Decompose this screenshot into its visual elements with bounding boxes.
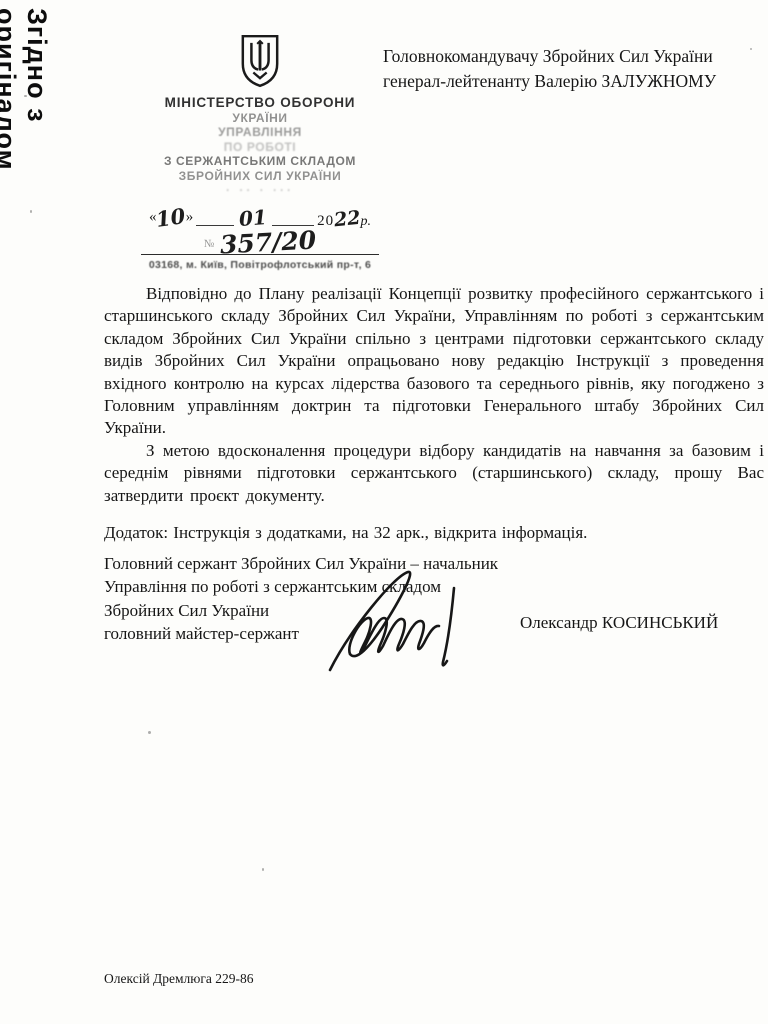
date-underline: [196, 223, 234, 226]
year-printed: 20: [317, 213, 334, 230]
addressee-block: Головнокомандувачу Збройних Сил України …: [383, 44, 755, 93]
org-line: ПО РОБОТІ: [128, 140, 392, 155]
handwritten-day: 10: [155, 203, 187, 232]
handwritten-year: 22: [333, 206, 362, 231]
addressee-line: Головнокомандувачу Збройних Сил України: [383, 44, 755, 69]
scanned-letter-page: Згідно з оригіналом МІНІСТЕРСТВО ОБОРОНИ…: [0, 0, 768, 1024]
org-line: ЗБРОЙНИХ СИЛ УКРАЇНИ: [128, 169, 392, 184]
handwritten-month: 01: [238, 205, 267, 231]
body-paragraph: З метою вдосконалення процедури відбору …: [104, 440, 764, 507]
scan-speck: [750, 48, 752, 50]
org-line: УПРАВЛІННЯ: [128, 125, 392, 140]
scan-speck: [148, 731, 151, 734]
org-line: З СЕРЖАНТСЬКИМ СКЛАДОМ: [128, 154, 392, 169]
executor-line: Олексій Дремлюга 229-86: [104, 971, 254, 987]
document-date: « 10 » 01 20 22 р.: [128, 200, 392, 230]
date-quote-close: »: [186, 203, 194, 226]
letter-body: Відповідно до Плану реалізації Концепції…: [104, 283, 764, 544]
signature-block: Головний сержант Збройних Сил України – …: [104, 552, 764, 682]
scan-speck: [262, 868, 264, 871]
signature-scribble: [316, 558, 476, 680]
signer-name: Олександр КОСИНСЬКИЙ: [520, 611, 718, 634]
org-line: МІНІСТЕРСТВО ОБОРОНИ: [128, 96, 392, 111]
number-sign: №: [204, 238, 215, 250]
letterhead-address: 03168, м. Київ, Повітрофлотський пр-т, 6: [128, 259, 392, 271]
certification-stamp-vertical: Згідно з оригіналом: [6, 8, 52, 280]
handwritten-number: 357/20: [220, 229, 317, 256]
body-paragraph: Відповідно до Плану реалізації Концепції…: [104, 283, 764, 440]
scan-speck: [30, 210, 32, 213]
ministry-stamp-text: МІНІСТЕРСТВО ОБОРОНИ УКРАЇНИ УПРАВЛІННЯ …: [128, 96, 392, 198]
org-line: УКРАЇНИ: [128, 111, 392, 126]
addressee-line: генерал-лейтенанту Валерію ЗАЛУЖНОМУ: [383, 69, 755, 94]
year-suffix: р.: [361, 214, 372, 230]
org-line-illegible: · ·· · ···: [128, 183, 392, 198]
ukraine-trident-emblem-icon: [239, 34, 281, 88]
letterhead: МІНІСТЕРСТВО ОБОРОНИ УКРАЇНИ УПРАВЛІННЯ …: [128, 34, 392, 271]
attachment-line: Додаток: Інструкція з додатками, на 32 а…: [104, 522, 764, 544]
scan-speck: [24, 95, 27, 97]
